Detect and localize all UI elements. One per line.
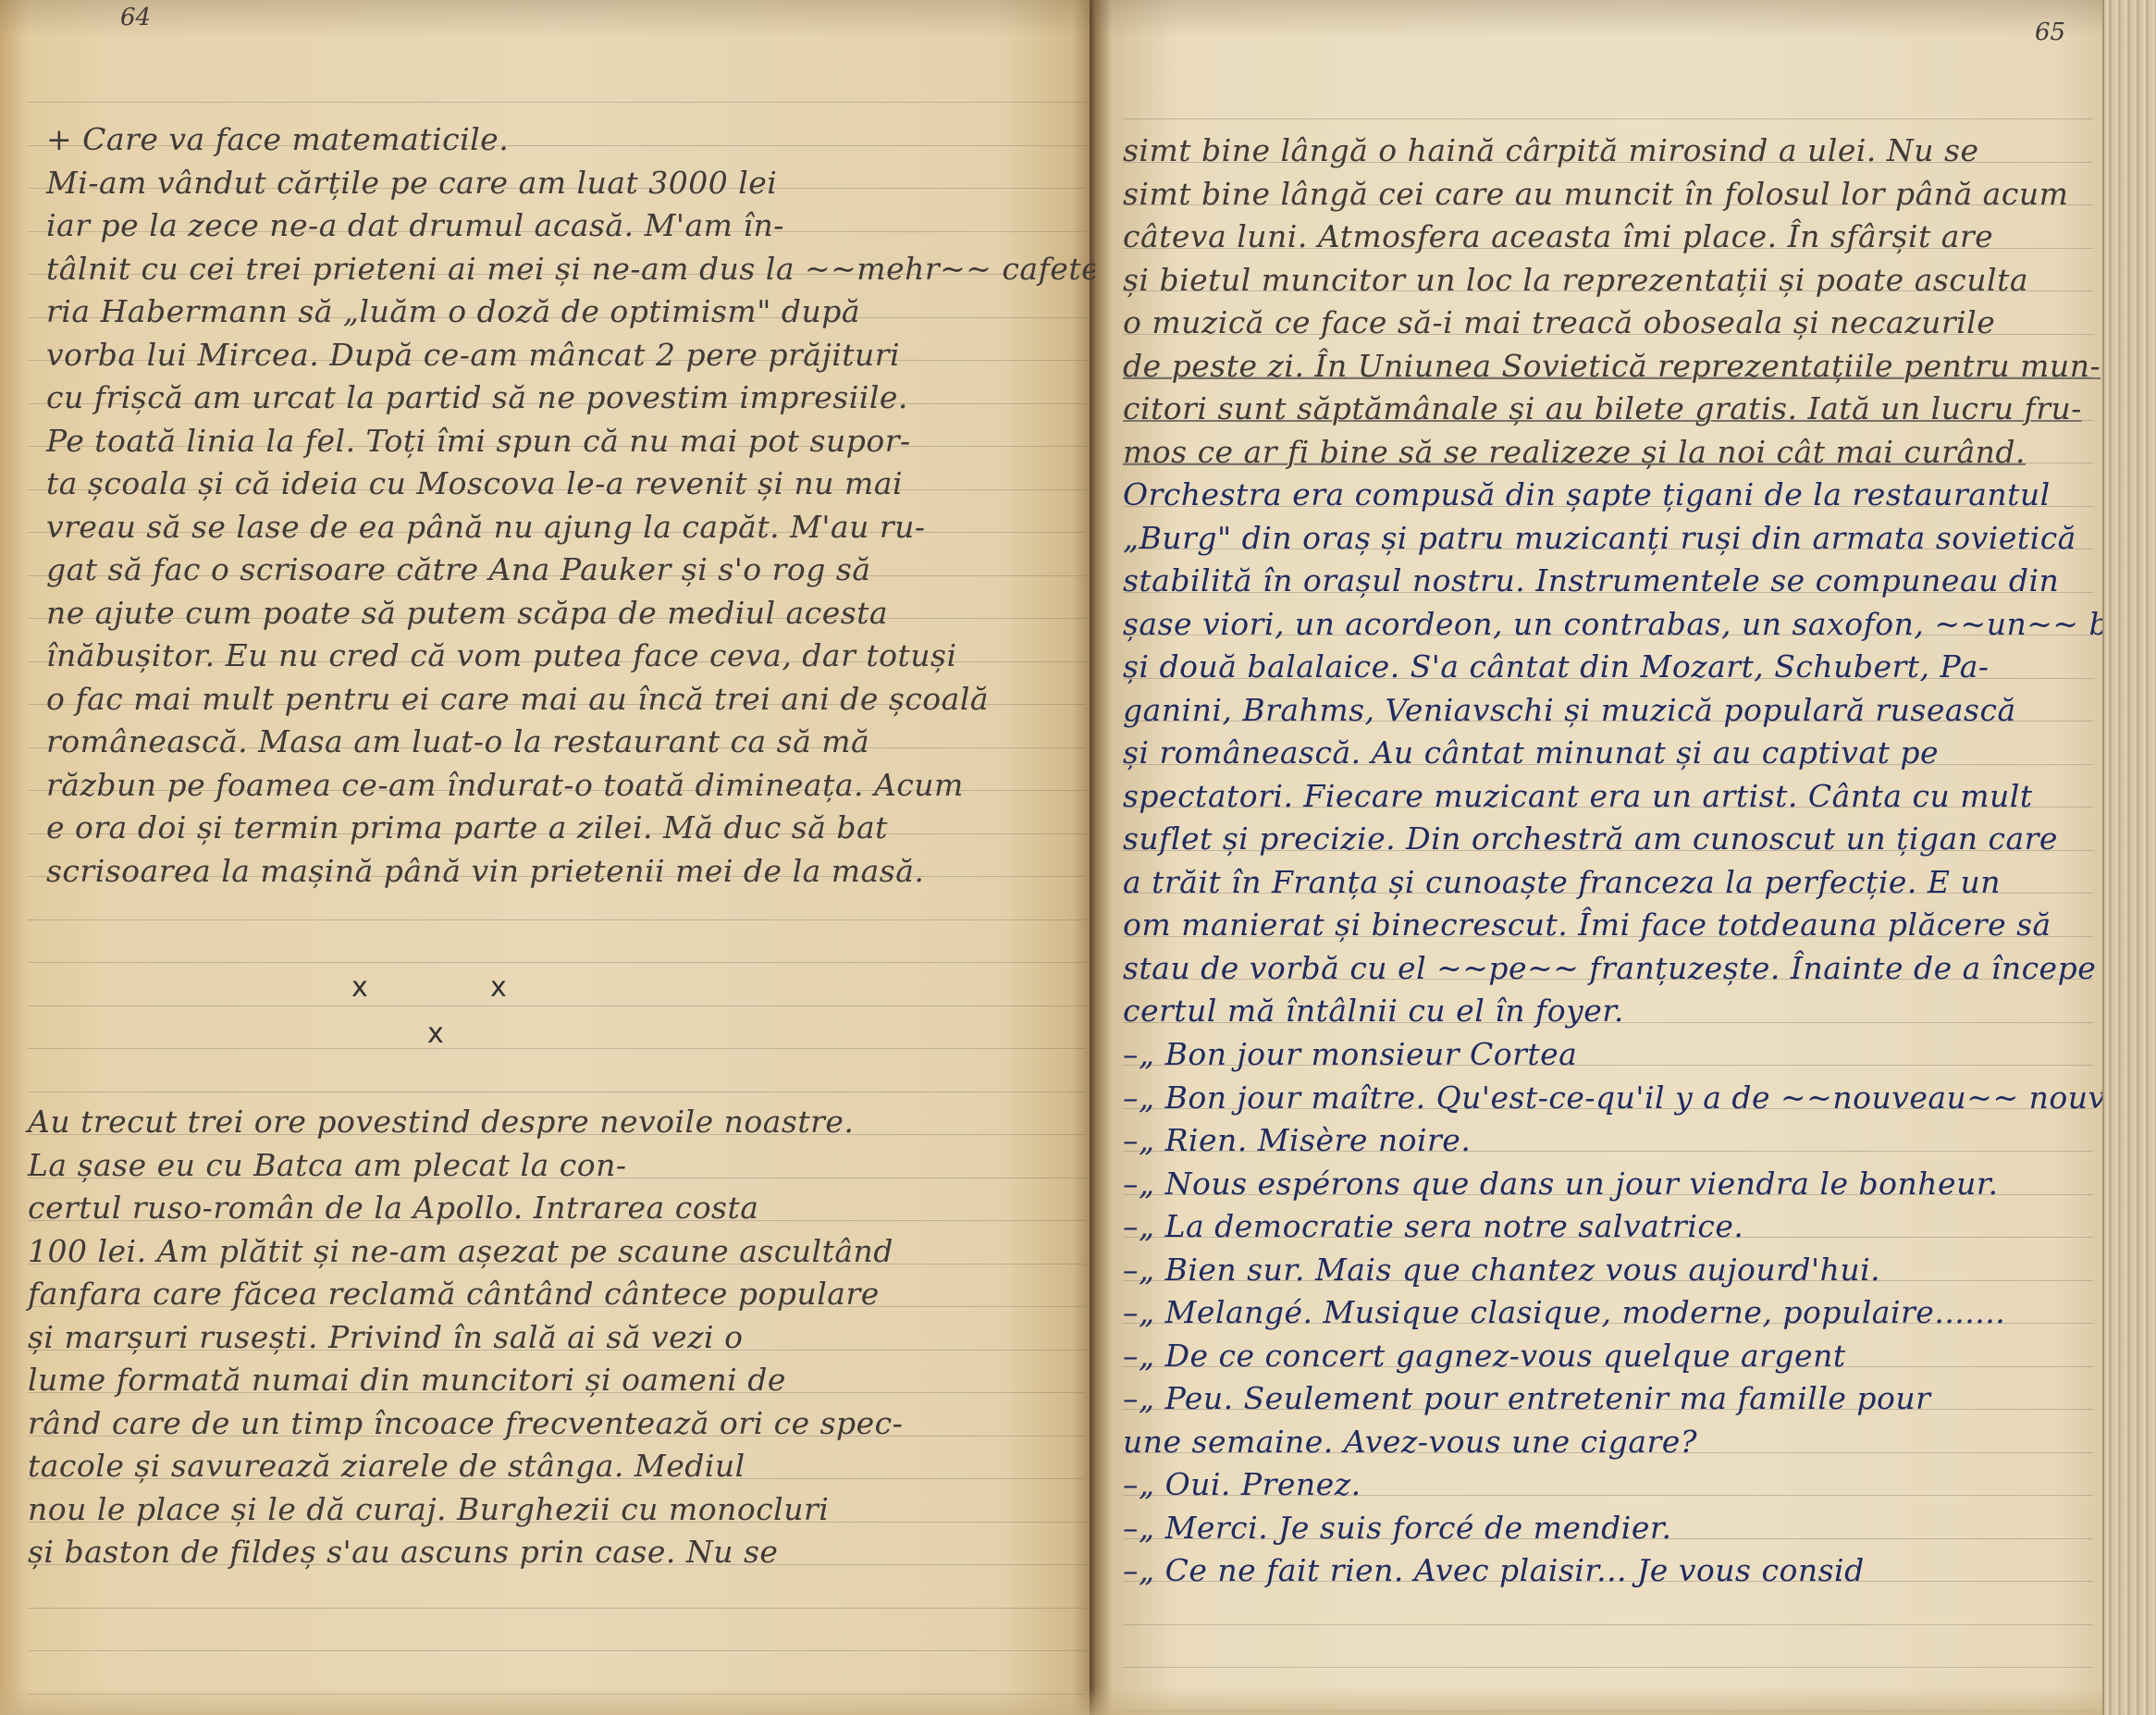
dialogue-line: –„ Rien. Misère noire. bbox=[1123, 1119, 2075, 1163]
text-line: suflet și precizie. Din orchestră am cun… bbox=[1123, 818, 2075, 861]
page-bottom-edge bbox=[1095, 1687, 2102, 1715]
left-paragraph-2: Au trecut trei ore povestind despre nevo… bbox=[28, 1101, 1058, 1574]
dialogue-line: –„ Nous espérons que dans un jour viendr… bbox=[1123, 1163, 2075, 1206]
text-line: cu frișcă am urcat la partid să ne poves… bbox=[46, 376, 1058, 420]
dialogue-line: –„ Merci. Je suis forcé de mendier. bbox=[1123, 1507, 2075, 1550]
dialogue-line: –„ Bien sur. Mais que chantez vous aujou… bbox=[1123, 1249, 2075, 1292]
text-line: românească. Masa am luat-o la restaurant… bbox=[46, 721, 1058, 764]
text-line: La șase eu cu Batca am plecat la con- bbox=[28, 1144, 1058, 1188]
text-line: de peste zi. În Uniunea Sovietică reprez… bbox=[1123, 345, 2075, 389]
text-line: Orchestra era compusă din șapte țigani d… bbox=[1123, 474, 2075, 517]
dialogue-line: –„ Peu. Seulement pour entretenir ma fam… bbox=[1123, 1377, 2075, 1421]
text-line: iar pe la zece ne-a dat drumul acasă. M'… bbox=[46, 204, 1058, 248]
text-line: tâlnit cu cei trei prieteni ai mei și ne… bbox=[46, 248, 1058, 291]
text-line: stau de vorbă cu el ~~pe~~ franțuzește. … bbox=[1123, 947, 2075, 991]
dialogue-line: –„ De ce concert gagnez-vous quelque arg… bbox=[1123, 1335, 2075, 1378]
text-line: om manierat și binecrescut. Îmi face tot… bbox=[1123, 904, 2075, 947]
dialogue-line: –„ Melangé. Musique clasique, moderne, p… bbox=[1123, 1291, 2075, 1335]
text-line: ganini, Brahms, Veniavschi și muzică pop… bbox=[1123, 689, 2075, 733]
text-line: rând care de un timp încoace frecventeaz… bbox=[28, 1402, 1058, 1446]
text-line: și baston de fildeș s'au ascuns prin cas… bbox=[28, 1531, 1058, 1574]
text-line: răzbun pe foamea ce-am îndurat-o toată d… bbox=[46, 764, 1058, 808]
ruling-line bbox=[28, 1092, 1086, 1092]
text-line: tacole și savurează ziarele de stânga. M… bbox=[28, 1445, 1058, 1488]
text-line: citori sunt săptămânale și au bilete gra… bbox=[1123, 388, 2075, 431]
text-line: scrisoarea la mașină până vin prietenii … bbox=[46, 850, 1058, 894]
text-line: Mi-am vândut cărțile pe care am luat 300… bbox=[46, 162, 1058, 205]
ruling-line bbox=[28, 1608, 1086, 1609]
text-line: mos ce ar fi bine să se realizeze și la … bbox=[1123, 431, 2075, 475]
text-line: Au trecut trei ore povestind despre nevo… bbox=[28, 1101, 1058, 1144]
section-break-mark: x bbox=[351, 971, 368, 1004]
text-line: e ora doi și termin prima parte a zilei.… bbox=[46, 807, 1058, 850]
page-shadow bbox=[0, 0, 1095, 37]
text-line: simt bine lângă o haină cârpită mirosind… bbox=[1123, 130, 2075, 173]
dialogue-line: une semaine. Avez-vous une cigare? bbox=[1123, 1421, 2075, 1464]
right-page: 65 simt bine lângă o haină cârpită miros… bbox=[1095, 0, 2102, 1715]
text-line: a trăit în Franța și cunoaște franceza l… bbox=[1123, 861, 2075, 905]
text-line: simt bine lângă cei care au muncit în fo… bbox=[1123, 173, 2075, 216]
ruling-line bbox=[28, 962, 1086, 963]
dialogue-line: –„ Oui. Prenez. bbox=[1123, 1463, 2075, 1507]
text-line: nou le place și le dă curaj. Burghezii c… bbox=[28, 1488, 1058, 1532]
text-line: ta școala și că ideia cu Moscova le-a re… bbox=[46, 463, 1058, 506]
page-shadow bbox=[1095, 0, 2102, 37]
text-line: lume formată numai din muncitori și oame… bbox=[28, 1359, 1058, 1402]
text-line: și bietul muncitor un loc la reprezentaț… bbox=[1123, 259, 2075, 302]
text-line: ria Habermann să „luăm o doză de optimis… bbox=[46, 290, 1058, 334]
ruling-line bbox=[1123, 118, 2093, 119]
text-line: câteva luni. Atmosfera aceasta îmi place… bbox=[1123, 216, 2075, 259]
page-number: 64 bbox=[120, 4, 151, 31]
ruling-line bbox=[28, 1650, 1086, 1651]
text-line: + Care va face matematicile. bbox=[46, 118, 1058, 162]
text-line: certul ruso-român de la Apollo. Intrarea… bbox=[28, 1187, 1058, 1230]
left-paragraph-1: + Care va face matematicile. Mi-am vându… bbox=[46, 118, 1058, 893]
text-line: ne ajute cum poate să putem scăpa de med… bbox=[46, 592, 1058, 635]
dialogue-line: –„ Bon jour monsieur Cortea bbox=[1123, 1033, 2075, 1077]
ruling-line bbox=[28, 102, 1086, 103]
text-line: vreau să se lase de ea până nu ajung la … bbox=[46, 506, 1058, 549]
page-number: 65 bbox=[2035, 19, 2065, 46]
ruling-line bbox=[1123, 1624, 2093, 1625]
text-line: fanfara care făcea reclamă cântând cânte… bbox=[28, 1273, 1058, 1316]
page-bottom-edge bbox=[0, 1687, 1095, 1715]
text-line: Pe toată linia la fel. Toți îmi spun că … bbox=[46, 420, 1058, 463]
right-paragraph-2: Orchestra era compusă din șapte țigani d… bbox=[1123, 474, 2075, 1033]
text-line: gat să fac o scrisoare către Ana Pauker … bbox=[46, 549, 1058, 592]
text-line: spectatori. Fiecare muzicant era un arti… bbox=[1123, 775, 2075, 819]
text-line: șase viori, un acordeon, un contrabas, u… bbox=[1123, 603, 2075, 647]
dialogue-line: –„ Bon jour maître. Qu'est-ce-qu'il y a … bbox=[1123, 1077, 2075, 1120]
text-line: o muzică ce face să-i mai treacă oboseal… bbox=[1123, 302, 2075, 345]
text-line: o fac mai mult pentru ei care mai au înc… bbox=[46, 678, 1058, 722]
text-line: și românească. Au cântat minunat și au c… bbox=[1123, 732, 2075, 775]
text-line: și marșuri rusești. Privind în sală ai s… bbox=[28, 1316, 1058, 1360]
ruling-line bbox=[28, 919, 1086, 920]
text-line: stabilită în orașul nostru. Instrumentel… bbox=[1123, 560, 2075, 603]
french-dialogue: –„ Bon jour monsieur Cortea –„ Bon jour … bbox=[1123, 1033, 2075, 1593]
text-line: 100 lei. Am plătit și ne-am așezat pe sc… bbox=[28, 1230, 1058, 1274]
right-paragraph-1: simt bine lângă o haină cârpită mirosind… bbox=[1123, 130, 2075, 474]
ruling-line bbox=[1123, 1710, 2093, 1711]
section-break-mark: x bbox=[427, 1018, 444, 1050]
left-page: 64 + Care va face matematicile. Mi-am vâ… bbox=[0, 0, 1095, 1715]
ruling-line bbox=[28, 1048, 1086, 1049]
dialogue-line: –„ Ce ne fait rien. Avec plaisir... Je v… bbox=[1123, 1549, 2075, 1593]
dialogue-line: –„ La democratie sera notre salvatrice. bbox=[1123, 1205, 2075, 1249]
ruling-line bbox=[1123, 1667, 2093, 1668]
ruling-line bbox=[28, 1694, 1086, 1695]
text-line: certul mă întâlnii cu el în foyer. bbox=[1123, 990, 2075, 1033]
text-line: și două balalaice. S'a cântat din Mozart… bbox=[1123, 646, 2075, 689]
notebook-spread: 64 + Care va face matematicile. Mi-am vâ… bbox=[0, 0, 2156, 1715]
section-break-mark: x bbox=[490, 971, 507, 1004]
text-line: „Burg" din oraș și patru muzicanți ruși … bbox=[1123, 517, 2075, 561]
ruling-line bbox=[28, 1006, 1086, 1006]
text-line: înăbușitor. Eu nu cred că vom putea face… bbox=[46, 635, 1058, 678]
text-line: vorba lui Mircea. După ce-am mâncat 2 pe… bbox=[46, 334, 1058, 377]
notebook-page-edges bbox=[2102, 0, 2156, 1715]
